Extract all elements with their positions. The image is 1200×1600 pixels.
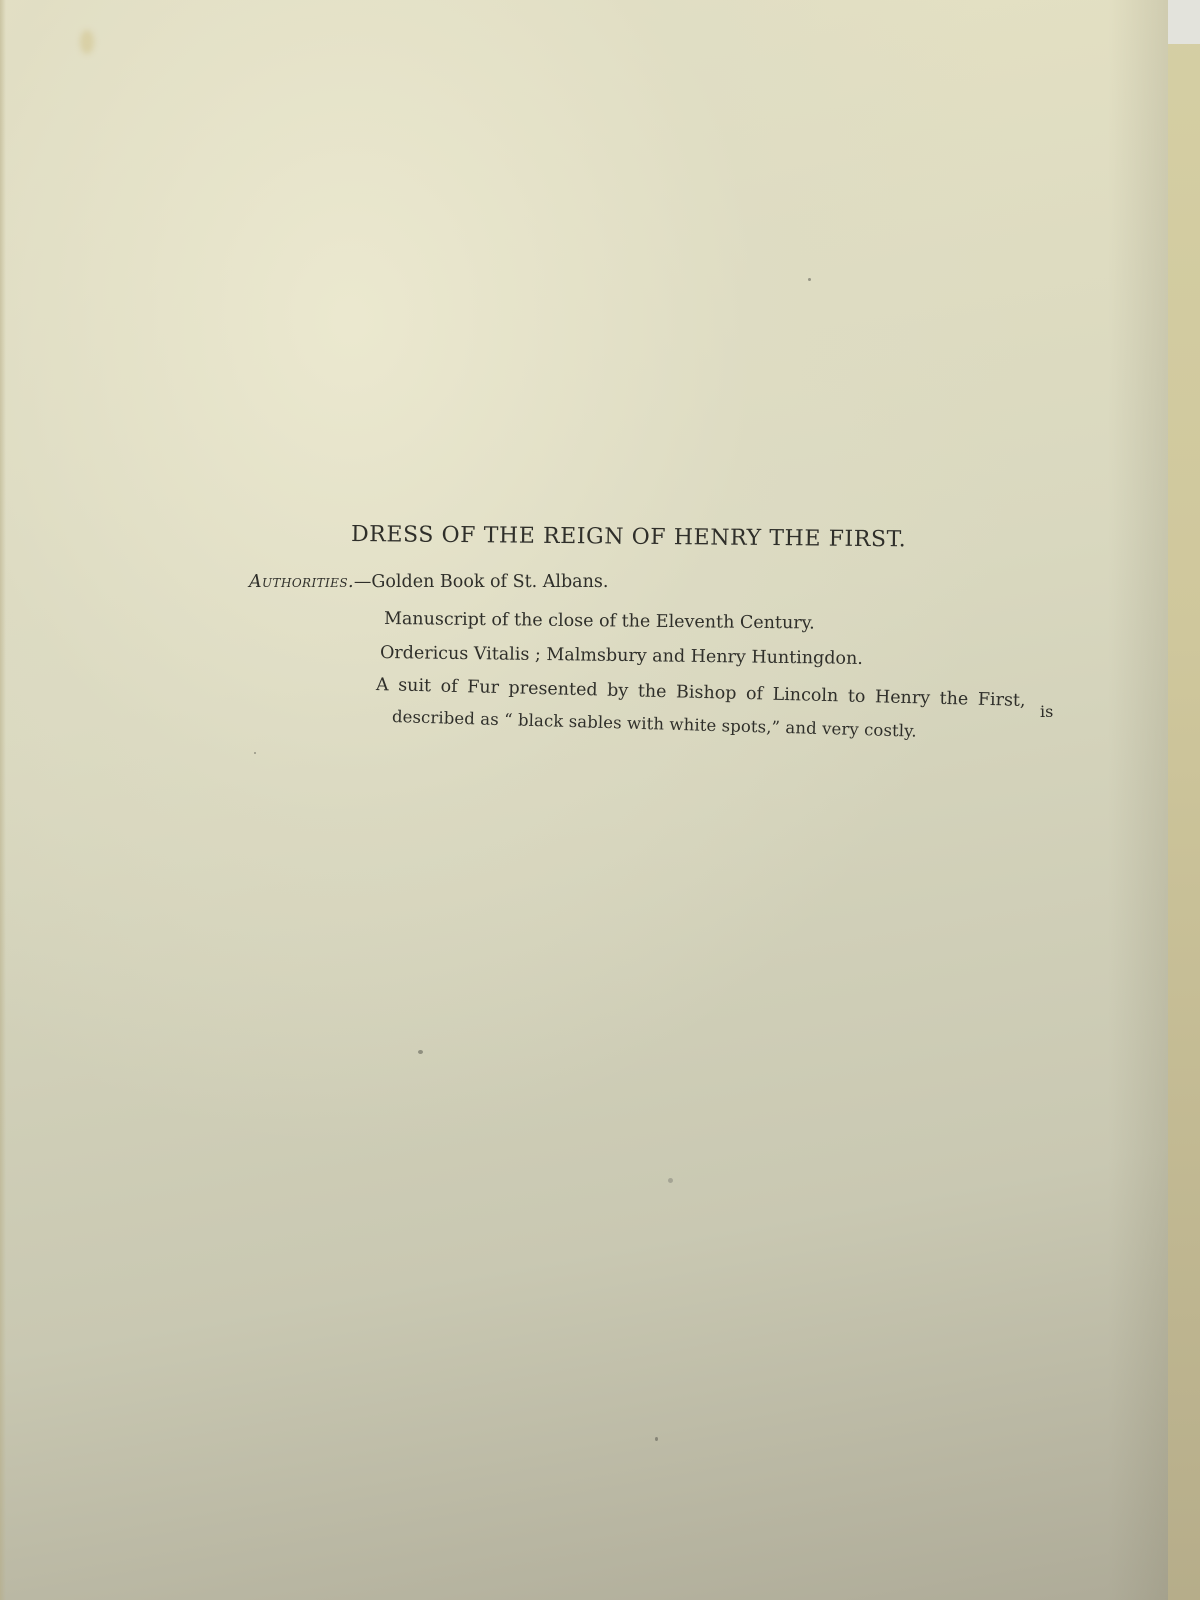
corner-paper-scrap <box>1168 0 1200 44</box>
page-left-edge <box>0 0 6 1600</box>
paper-speck <box>418 1050 423 1054</box>
authorities-label: Authorities. <box>249 572 354 592</box>
authorities-dash: — <box>354 572 372 592</box>
page-title: DRESS OF THE REIGN OF HENRY THE FIRST. <box>351 522 906 552</box>
paper-speck <box>254 752 256 754</box>
paper-stain <box>80 30 94 54</box>
adjacent-page-edge <box>1168 0 1200 1600</box>
authorities-line: Authorities.—Golden Book of St. Albans. <box>249 572 608 592</box>
citation-wrap-word: is <box>1040 702 1053 721</box>
book-page <box>0 0 1168 1600</box>
paper-speck <box>655 1437 658 1441</box>
paper-speck <box>668 1178 673 1183</box>
paper-speck <box>808 278 811 281</box>
authorities-first-source: Golden Book of St. Albans. <box>371 572 608 592</box>
